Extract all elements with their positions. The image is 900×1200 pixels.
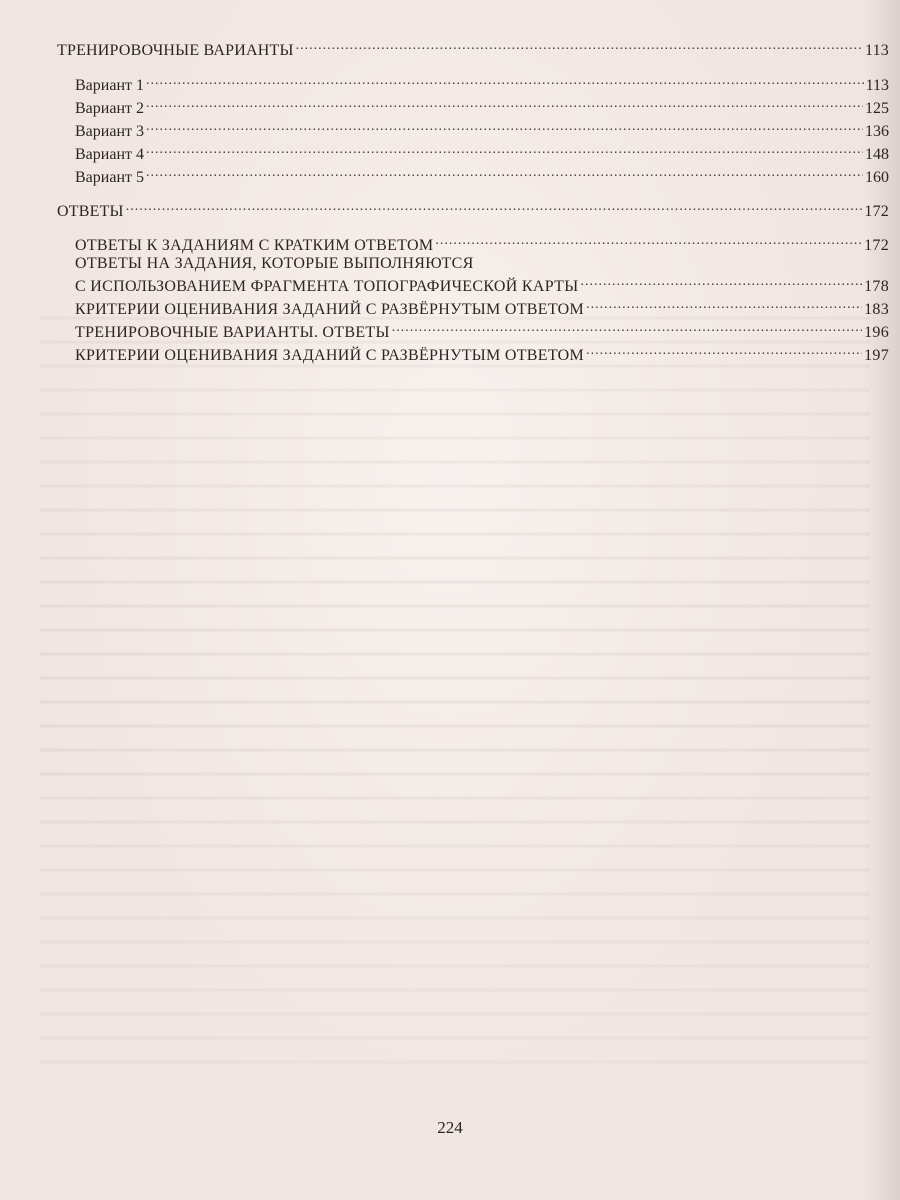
toc-entry-topographic-map-answers[interactable]: ОТВЕТЫ НА ЗАДАНИЯ, КОТОРЫЕ ВЫПОЛНЯЮТСЯ С… bbox=[57, 255, 889, 296]
toc-entry-title: ОТВЕТЫ bbox=[57, 203, 124, 221]
dot-leader bbox=[586, 296, 862, 314]
toc-entry-short-answers[interactable]: ОТВЕТЫ К ЗАДАНИЯМ С КРАТКИМ ОТВЕТОМ 172 bbox=[57, 232, 889, 255]
toc-entry-variant-4[interactable]: Вариант 4 148 bbox=[57, 141, 889, 164]
dot-leader bbox=[586, 342, 862, 360]
dot-leader bbox=[146, 164, 863, 182]
toc-entry-variant-3[interactable]: Вариант 3 136 bbox=[57, 118, 889, 141]
toc-entry-title: ТРЕНИРОВОЧНЫЕ ВАРИАНТЫ bbox=[57, 42, 294, 60]
toc-entry-page: 125 bbox=[865, 100, 889, 118]
toc-entry-title: КРИТЕРИИ ОЦЕНИВАНИЯ ЗАДАНИЙ С РАЗВЁРНУТЫ… bbox=[75, 347, 584, 365]
toc-entry-page: 183 bbox=[864, 301, 889, 319]
toc-entry-page: 196 bbox=[864, 324, 889, 342]
toc-entry-training-variants[interactable]: ТРЕНИРОВОЧНЫЕ ВАРИАНТЫ 113 bbox=[57, 37, 889, 60]
toc-entry-page: 113 bbox=[866, 77, 889, 95]
toc-entry-page: 178 bbox=[864, 278, 889, 296]
toc-entry-title: ОТВЕТЫ К ЗАДАНИЯМ С КРАТКИМ ОТВЕТОМ bbox=[75, 237, 433, 255]
dot-leader bbox=[146, 95, 863, 113]
toc-entry-variant-5[interactable]: Вариант 5 160 bbox=[57, 164, 889, 187]
toc-entry-answers[interactable]: ОТВЕТЫ 172 bbox=[57, 198, 889, 221]
toc-entry-page: 172 bbox=[864, 237, 889, 255]
toc-entry-variant-1[interactable]: Вариант 1 113 bbox=[57, 72, 889, 95]
toc-entry-title-line-1: ОТВЕТЫ НА ЗАДАНИЯ, КОТОРЫЕ ВЫПОЛНЯЮТСЯ bbox=[75, 255, 889, 273]
toc-entry-training-extended-criteria[interactable]: КРИТЕРИИ ОЦЕНИВАНИЯ ЗАДАНИЙ С РАЗВЁРНУТЫ… bbox=[57, 342, 889, 365]
toc-entry-title: Вариант 2 bbox=[75, 100, 144, 118]
dot-leader bbox=[435, 232, 862, 250]
toc-entry-page: 113 bbox=[865, 42, 889, 60]
toc-entry-training-answers[interactable]: ТРЕНИРОВОЧНЫЕ ВАРИАНТЫ. ОТВЕТЫ 196 bbox=[57, 319, 889, 342]
toc-entry-extended-criteria[interactable]: КРИТЕРИИ ОЦЕНИВАНИЯ ЗАДАНИЙ С РАЗВЁРНУТЫ… bbox=[57, 296, 889, 319]
dot-leader bbox=[146, 141, 863, 159]
toc-entry-title: Вариант 3 bbox=[75, 123, 144, 141]
toc-entry-title: КРИТЕРИИ ОЦЕНИВАНИЯ ЗАДАНИЙ С РАЗВЁРНУТЫ… bbox=[75, 301, 584, 319]
toc-entry-page: 148 bbox=[865, 146, 889, 164]
dot-leader bbox=[392, 319, 862, 337]
toc-entry-title-line-2: С ИСПОЛЬЗОВАНИЕМ ФРАГМЕНТА ТОПОГРАФИЧЕСК… bbox=[75, 278, 578, 296]
page-number: 224 bbox=[0, 1118, 900, 1138]
toc-entry-title: ТРЕНИРОВОЧНЫЕ ВАРИАНТЫ. ОТВЕТЫ bbox=[75, 324, 390, 342]
toc-entry-title: Вариант 1 bbox=[75, 77, 144, 95]
dot-leader bbox=[146, 72, 864, 90]
toc-entry-title: Вариант 5 bbox=[75, 169, 144, 187]
toc-entry-variant-2[interactable]: Вариант 2 125 bbox=[57, 95, 889, 118]
dot-leader bbox=[146, 118, 863, 136]
dot-leader bbox=[126, 198, 863, 216]
dot-leader bbox=[580, 273, 862, 291]
dot-leader bbox=[296, 37, 863, 55]
toc-entry-page: 136 bbox=[865, 123, 889, 141]
reverse-side-bleed-through bbox=[40, 300, 870, 1080]
toc-entry-title-line-2-row: С ИСПОЛЬЗОВАНИЕМ ФРАГМЕНТА ТОПОГРАФИЧЕСК… bbox=[75, 273, 889, 296]
table-of-contents: ТРЕНИРОВОЧНЫЕ ВАРИАНТЫ 113 Вариант 1 113… bbox=[57, 37, 889, 365]
book-page: ТРЕНИРОВОЧНЫЕ ВАРИАНТЫ 113 Вариант 1 113… bbox=[0, 0, 900, 1200]
toc-entry-page: 197 bbox=[864, 347, 889, 365]
toc-entry-page: 172 bbox=[864, 203, 889, 221]
toc-entry-title: Вариант 4 bbox=[75, 146, 144, 164]
toc-entry-page: 160 bbox=[865, 169, 889, 187]
